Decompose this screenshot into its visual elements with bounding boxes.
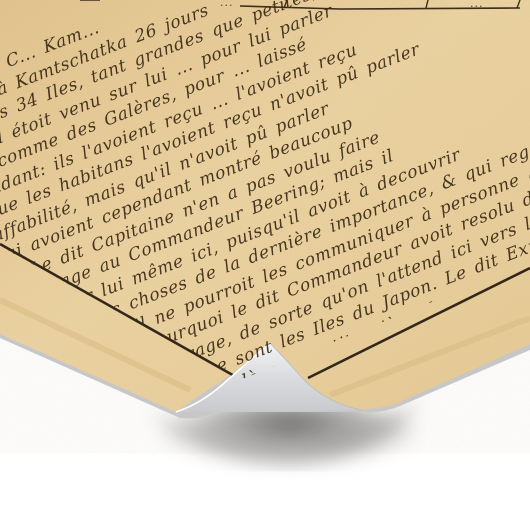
poster-product-photo: ... ... ...e le C... Kam... Mer à Kamtsc…	[0, 0, 530, 530]
